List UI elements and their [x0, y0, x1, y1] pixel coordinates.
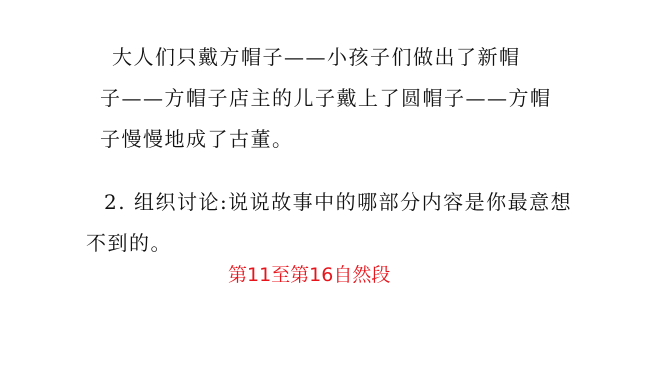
discussion-question-line2: 不到的。 [86, 231, 172, 255]
answer-highlight: 第11至第16自然段 [228, 263, 390, 287]
discussion-question-line1: 2. 组织讨论:说说故事中的哪部分内容是你最意想 [104, 190, 572, 214]
paragraph1-line3: 子慢慢地成了古董。 [100, 127, 294, 151]
paragraph1-line2: 子——方帽子店主的儿子戴上了圆帽子——方帽 [100, 86, 552, 110]
paragraph1-line1: 大人们只戴方帽子——小孩子们做出了新帽 [112, 45, 521, 69]
